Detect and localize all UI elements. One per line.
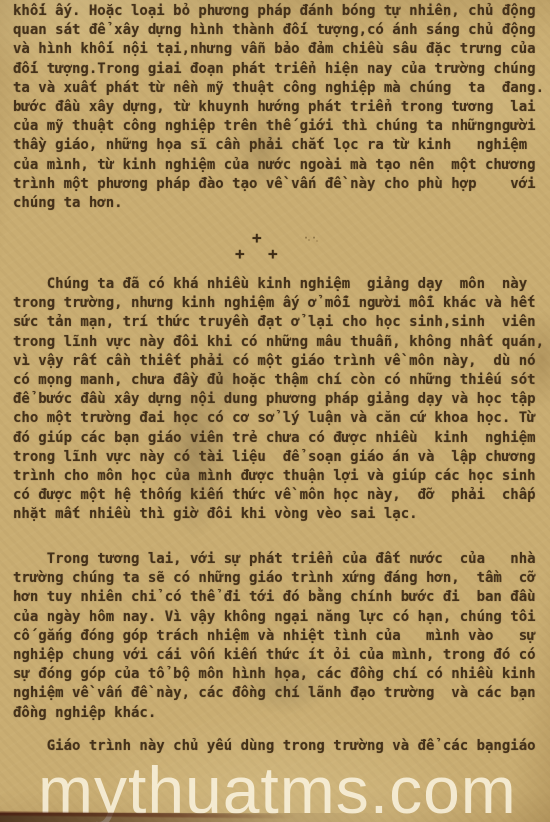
paragraph-continuation: khối ấy. Hoặc loại bỏ phương pháp đánh b… (13, 2, 544, 213)
paragraph-experience: Chúng ta đã có khá nhiều kinh nghiệm giả… (13, 275, 544, 525)
section-separator-plus: + (268, 247, 278, 261)
ink-speck-dots: ·· (303, 234, 319, 244)
scanned-document-page: khối ấy. Hoặc loại bỏ phương pháp đánh b… (0, 0, 550, 822)
section-separator-plus: + (252, 231, 262, 245)
section-separator-plus: + (235, 247, 245, 261)
paragraph-future: Trong tương lai, với sự phát triển của đ… (13, 550, 536, 723)
